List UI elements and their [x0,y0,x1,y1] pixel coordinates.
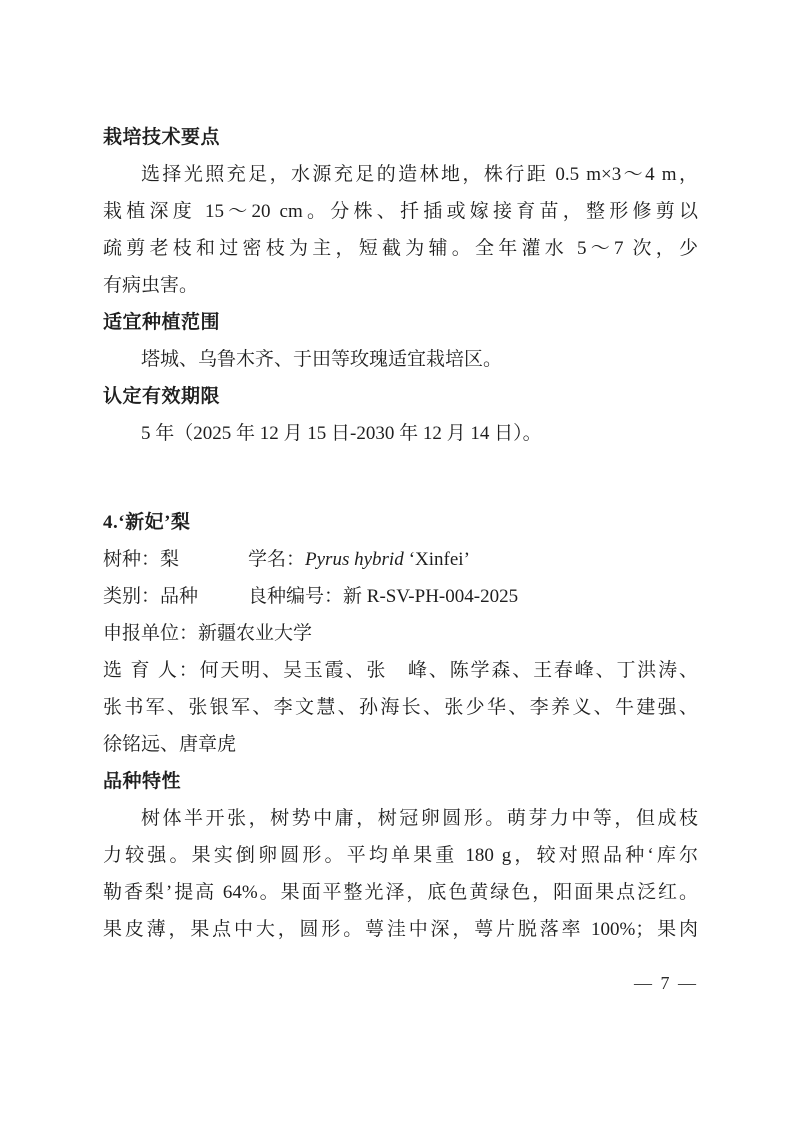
cultivation-line: 有病虫害。 [103,267,698,304]
page-number: — 7 — [634,969,698,997]
scientific-name: 学名：Pyrus hybrid‘Xinfei’ [248,541,698,578]
variety-info-row: 树种：梨 学名：Pyrus hybrid‘Xinfei’ [103,541,698,578]
document-page: 栽培技术要点 选择光照充足，水源充足的造林地，株行距 0.5 m×3～4 m， … [0,0,793,1122]
variety-title: 4.‘新妃’梨 [103,504,698,541]
breeders-line: 张书军、张银军、李文慧、孙海长、张少华、李养义、牛建强、 [103,689,698,726]
seed-number-value: 新 R-SV-PH-004-2025 [343,586,518,607]
applicant-label: 申报单位： [103,623,198,644]
characteristics-line: 果皮薄，果点中大，圆形。萼洼中深，萼片脱落率 100%；果肉 [103,911,698,948]
scientific-name-label: 学名： [248,549,305,570]
breeders-line: 徐铭远、唐章虎 [103,726,698,763]
variety-info-row: 类别：品种 良种编号：新 R-SV-PH-004-2025 [103,578,698,615]
cultivation-line: 选择光照充足，水源充足的造林地，株行距 0.5 m×3～4 m， [103,156,698,193]
planting-range-line: 塔城、乌鲁木齐、于田等玫瑰适宜栽培区。 [103,341,698,378]
category: 类别：品种 [103,578,248,615]
breeders-line: 选 育 人：何天明、吴玉霞、张 峰、陈学森、王春峰、丁洪涛、 [103,652,698,689]
category-value: 品种 [160,586,198,607]
characteristics-line: 勒香梨’提高 64%。果面平整光泽，底色黄绿色，阳面果点泛红。 [103,874,698,911]
category-label: 类别： [103,586,160,607]
scientific-name-genus: Pyrus hybrid [305,549,404,570]
scientific-name-cultivar: ‘Xinfei’ [409,549,470,570]
seed-number-label: 良种编号： [248,586,343,607]
tree-species-label: 树种： [103,549,160,570]
tree-species-value: 梨 [160,549,179,570]
tree-species: 树种：梨 [103,541,248,578]
cultivation-line: 疏剪老枝和过密枝为主，短截为辅。全年灌水 5～7 次，少 [103,230,698,267]
seed-number: 良种编号：新 R-SV-PH-004-2025 [248,578,698,615]
document-content: 栽培技术要点 选择光照充足，水源充足的造林地，株行距 0.5 m×3～4 m， … [103,119,698,948]
section-heading-characteristics: 品种特性 [103,763,698,800]
characteristics-line: 力较强。果实倒卵圆形。平均单果重 180 g，较对照品种‘库尔 [103,837,698,874]
validity-line: 5 年（2025 年 12 月 15 日-2030 年 12 月 14 日）。 [103,415,698,452]
section-heading-validity: 认定有效期限 [103,378,698,415]
characteristics-line: 树体半开张，树势中庸，树冠卵圆形。萌芽力中等，但成枝 [103,800,698,837]
applicant: 申报单位：新疆农业大学 [103,615,698,652]
section-heading-planting-range: 适宜种植范围 [103,304,698,341]
cultivation-line: 栽植深度 15～20 cm。分株、扦插或嫁接育苗，整形修剪以 [103,193,698,230]
applicant-value: 新疆农业大学 [198,623,312,644]
section-heading-cultivation: 栽培技术要点 [103,119,698,156]
